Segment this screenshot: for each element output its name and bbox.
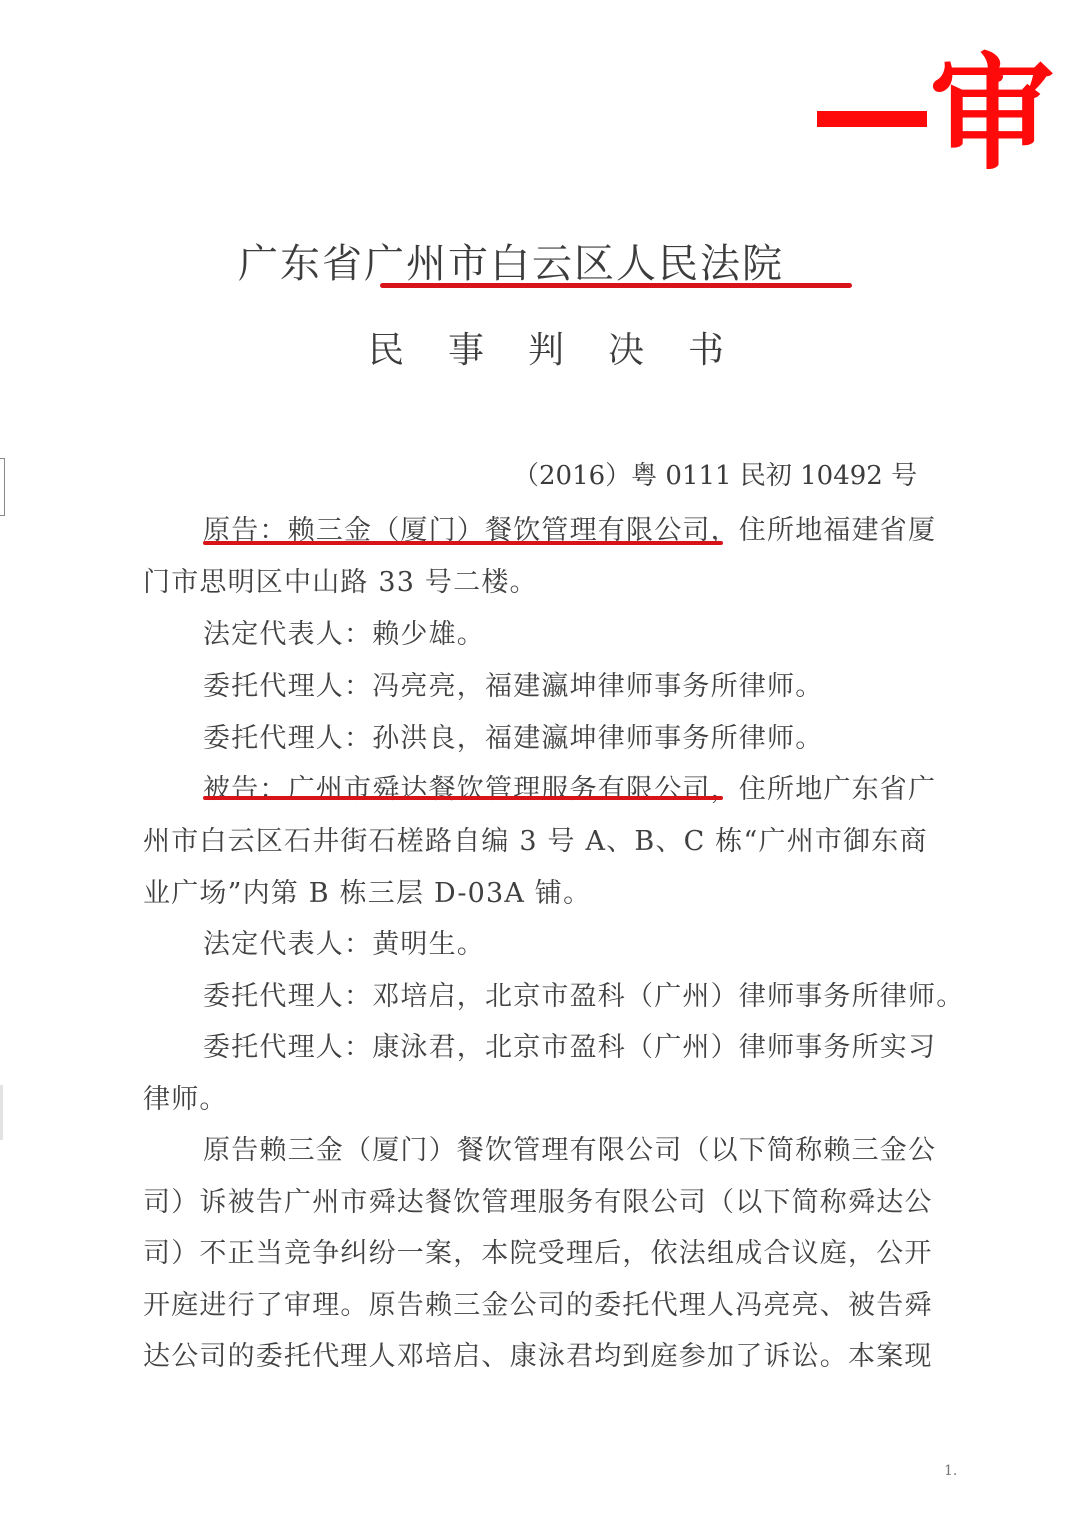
stamp-char: 审: [930, 40, 1054, 190]
defendant-address-line-1: 州市白云区石井街石槎路自编 3 号 A、B、C 栋“广州市御东商: [143, 819, 928, 858]
court-name: 广东省广州市白云区人民法院: [238, 232, 784, 289]
plaintiff-agent-2: 委托代理人：孙洪良，福建瀛坤律师事务所律师。: [203, 716, 823, 755]
binding-margin-mark: [0, 458, 5, 516]
first-instance-stamp: 审: [812, 58, 1052, 178]
defendant-agent-2-cont: 律师。: [143, 1077, 228, 1116]
defendant-highlight-underline: [203, 796, 723, 800]
plaintiff-legal-rep: 法定代表人：赖少雄。: [203, 612, 485, 651]
paragraph-line: 原告赖三金（厦门）餐饮管理有限公司（以下简称赖三金公: [203, 1128, 936, 1167]
defendant-agent-2: 委托代理人：康泳君，北京市盈科（广州）律师事务所实习: [203, 1025, 936, 1064]
plaintiff-address-line: 门市思明区中山路 33 号二楼。: [143, 560, 538, 599]
page-number: 1.: [944, 1463, 957, 1479]
paragraph-line: 司）诉被告广州市舜达餐饮管理服务有限公司（以下简称舜达公: [143, 1180, 933, 1219]
paragraph-line: 司）不正当竞争纠纷一案，本院受理后，依法组成合议庭，公开: [143, 1231, 933, 1270]
defendant-legal-rep: 法定代表人：黄明生。: [203, 922, 485, 961]
paragraph-line: 开庭进行了审理。原告赖三金公司的委托代理人冯亮亮、被告舜: [143, 1283, 933, 1322]
case-number: （2016）粤 0111 民初 10492 号: [513, 455, 917, 492]
defendant-line: 被告：广州市舜达餐饮管理服务有限公司，住所地广东省广: [203, 767, 936, 806]
court-name-highlight-underline: [380, 283, 852, 288]
defendant-address-line-2: 业广场”内第 B 栋三层 D-03A 铺。: [143, 871, 591, 910]
defendant-agent-1: 委托代理人：邓培启，北京市盈科（广州）律师事务所律师。: [203, 974, 964, 1013]
plaintiff-highlight-underline: [203, 541, 723, 545]
binding-margin-mark: [0, 1085, 3, 1140]
paragraph-line: 达公司的委托代理人邓培启、康泳君均到庭参加了诉讼。本案现: [143, 1334, 933, 1373]
plaintiff-agent-1: 委托代理人：冯亮亮，福建瀛坤律师事务所律师。: [203, 664, 823, 703]
stamp-dash: [817, 111, 927, 127]
document-type-title: 民事判决书: [368, 322, 768, 373]
